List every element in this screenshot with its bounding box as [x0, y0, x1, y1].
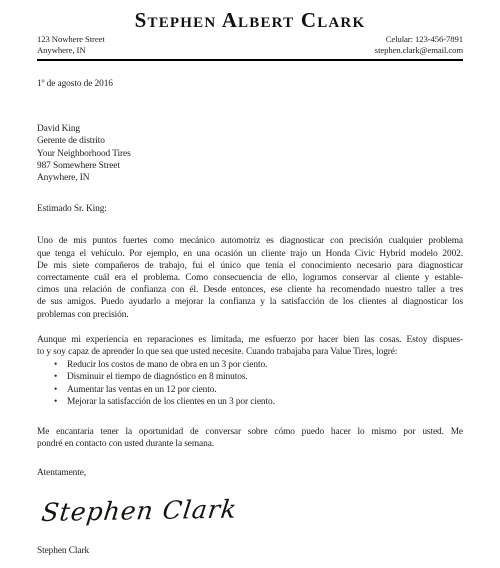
sender-contact: Celular: 123-456-7891 stephen.clark@emai… [375, 34, 463, 56]
paragraph-line: de sus amigos. Puedo ayudarlo a mejorar … [37, 296, 463, 308]
recipient-line: 987 Somewhere Street [37, 160, 463, 172]
letterhead-divider [37, 59, 463, 61]
valediction: Atentamente, [37, 467, 463, 479]
paragraph-line: De mis siete compañeros de trabajo, fui … [37, 260, 463, 272]
paragraph-line: pondré en contacto con usted durante la … [37, 438, 463, 450]
paragraph-line: Uno de mis puntos fuertes como mecánico … [37, 235, 463, 247]
paragraph-line: correctamente cuál era el problema. Como… [37, 272, 463, 284]
recipient-line: Anywhere, IN [37, 172, 463, 184]
typed-signature-name: Stephen Clark [37, 545, 463, 557]
sender-address-line2: Anywhere, IN [37, 45, 105, 56]
sender-email: stephen.clark@email.com [375, 45, 463, 56]
letterhead-name: Stephen Albert Clark [37, 8, 463, 32]
recipient-line: David King [37, 123, 463, 135]
handwritten-signature: Stephen Clark [39, 488, 240, 533]
letterhead-contact-row: 123 Nowhere Street Anywhere, IN Celular:… [37, 34, 463, 56]
body-paragraph-2: Aunque mi experiencia en reparaciones es… [37, 334, 463, 358]
paragraph-line: Aunque mi experiencia en reparaciones es… [37, 334, 463, 346]
letter-page: Stephen Albert Clark 123 Nowhere Street … [0, 0, 500, 557]
paragraph-line: que tenga el vehículo. Por ejemplo, en u… [37, 248, 463, 260]
achievements-list: Reducir los costos de mano de obra en un… [37, 359, 463, 408]
achievement-item: Mejorar la satisfacción de los clientes … [54, 396, 463, 408]
achievement-item: Aumentar las ventas en un 12 por ciento. [54, 384, 463, 396]
letter-date: 1º de agosto de 2016 [37, 78, 463, 90]
body-paragraph-3: Me encantaría tener la oportunidad de co… [37, 426, 463, 450]
paragraph-line: Me encantaría tener la oportunidad de co… [37, 426, 463, 438]
paragraph-line: cimos una relación de confianza con él. … [37, 284, 463, 296]
recipient-line: Gerente de distrito [37, 135, 463, 147]
sender-address: 123 Nowhere Street Anywhere, IN [37, 34, 105, 56]
sender-phone: Celular: 123-456-7891 [375, 34, 463, 45]
paragraph-line: to y soy capaz de aprender lo que sea qu… [37, 346, 463, 358]
sender-address-line1: 123 Nowhere Street [37, 34, 105, 45]
recipient-line: Your Neighborhood Tires [37, 148, 463, 160]
salutation: Estimado Sr. King: [37, 203, 463, 215]
achievement-item: Disminuir el tiempo de diagnóstico en 8 … [54, 371, 463, 383]
body-paragraph-1: Uno de mis puntos fuertes como mecánico … [37, 235, 463, 320]
achievement-item: Reducir los costos de mano de obra en un… [54, 359, 463, 371]
paragraph-line: problemas con precisión. [37, 309, 463, 321]
recipient-address: David KingGerente de distritoYour Neighb… [37, 123, 463, 184]
